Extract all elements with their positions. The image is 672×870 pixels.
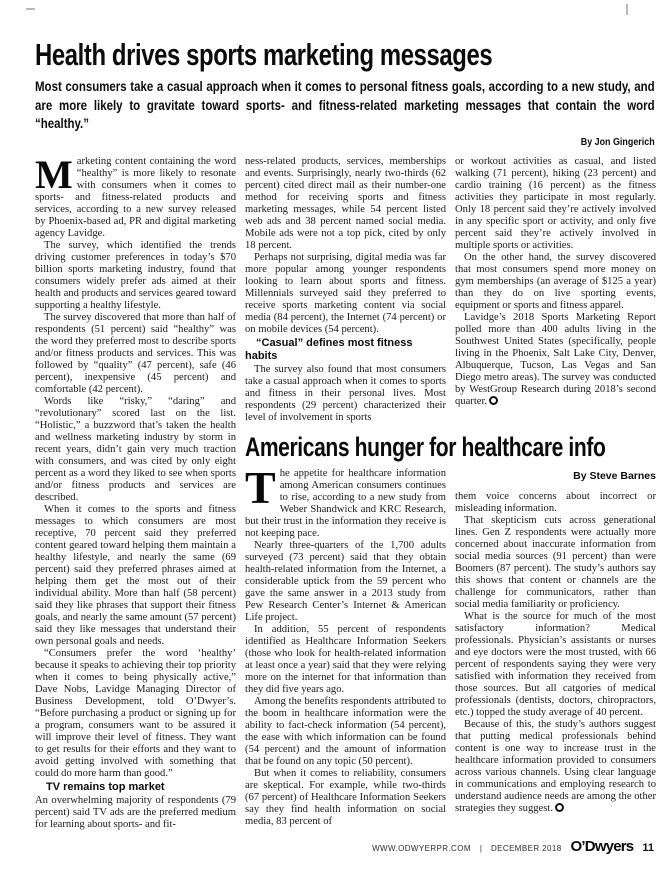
article1-byline: By Jon Gingerich — [581, 136, 655, 148]
article1-right-columns: ness-related products, services, members… — [245, 156, 655, 424]
page-number: 11 — [642, 842, 654, 854]
paragraph: The survey also found that most consumer… — [245, 364, 446, 424]
paragraph: Words like “risky,” “daring” and “revolu… — [35, 396, 236, 504]
paragraph: them voice concerns about incorrect or m… — [455, 491, 656, 515]
subhead-tv-remains-top-market: TV remains top market — [35, 781, 236, 794]
paragraph: On the other hand, the survey discovered… — [455, 252, 656, 312]
paragraph: The survey discovered that more than hal… — [35, 312, 236, 396]
footer-separator: | — [480, 844, 482, 853]
dropcap-letter: T — [245, 468, 280, 506]
scan-artifact-mark — [26, 8, 35, 10]
paragraph: “Consumers prefer the word ‘healthy’ bec… — [35, 648, 236, 780]
paragraph: Lavidge’s 2018 Sports Marketing Report p… — [455, 312, 656, 408]
article2-column-2: By Steve Barnes them voice concerns abou… — [455, 468, 656, 828]
article1-subtitle-block: Most consumers take a casual approach wh… — [35, 78, 655, 134]
footer-date: DECEMBER 2018 — [491, 844, 562, 853]
end-of-article-icon — [555, 803, 564, 812]
paragraph: What is the source for much of the most … — [455, 611, 656, 719]
magazine-page: Health drives sports marketing messages … — [0, 0, 672, 870]
body-columns: Marketing content containing the word “h… — [35, 156, 655, 831]
page-footer: WWW.ODWYERPR.COM | DECEMBER 2018 O’Dwyer… — [372, 838, 654, 855]
dropcap-letter: M — [35, 156, 77, 191]
odwyers-logo: O’Dwyers — [571, 838, 634, 855]
article2-headline: Americans hunger for healthcare info — [245, 433, 655, 462]
article2-header: Americans hunger for healthcare info — [245, 433, 655, 462]
article2-columns: The appetite for healthcare information … — [245, 468, 655, 828]
article1-column-2: ness-related products, services, members… — [245, 156, 446, 424]
article1-column-3: or workout activities as casual, and lis… — [455, 156, 656, 424]
paragraph: Among the benefits respondents attribute… — [245, 696, 446, 768]
paragraph: Perhaps not surprising, digital media wa… — [245, 252, 446, 336]
paragraph: Nearly three-quarters of the 1,700 adult… — [245, 540, 446, 624]
paragraph: But when it comes to reliability, consum… — [245, 768, 446, 828]
paragraph: Marketing content containing the word “h… — [35, 156, 236, 240]
page-content: Health drives sports marketing messages … — [35, 38, 655, 831]
article2: Americans hunger for healthcare info The… — [245, 433, 655, 828]
article1-header: Health drives sports marketing messages — [35, 38, 655, 71]
article1-subtitle: Most consumers take a casual approach wh… — [35, 78, 655, 134]
right-region: ness-related products, services, members… — [245, 156, 655, 831]
paragraph: The survey, which identified the trends … — [35, 240, 236, 312]
paragraph: An overwhelming majority of respondents … — [35, 795, 236, 831]
paragraph: That skepticism cuts across generational… — [455, 515, 656, 611]
paragraph: In addition, 55 percent of respondents i… — [245, 624, 446, 696]
article2-byline: By Steve Barnes — [455, 470, 656, 482]
scan-artifact-mark — [626, 4, 628, 15]
article2-column-1: The appetite for healthcare information … — [245, 468, 446, 828]
footer-website: WWW.ODWYERPR.COM — [372, 844, 471, 853]
end-of-article-icon — [489, 396, 498, 405]
paragraph: The appetite for healthcare information … — [245, 468, 446, 540]
article1-headline: Health drives sports marketing messages — [35, 38, 655, 71]
paragraph: or workout activities as casual, and lis… — [455, 156, 656, 252]
paragraph: When it comes to the sports and fitness … — [35, 504, 236, 648]
paragraph: Because of this, the study’s authors sug… — [455, 719, 656, 815]
article1-column-1: Marketing content containing the word “h… — [35, 156, 236, 831]
paragraph: ness-related products, services, members… — [245, 156, 446, 252]
subhead-casual-defines-fitness-habits: “Casual” defines most fitness habits — [245, 337, 446, 363]
